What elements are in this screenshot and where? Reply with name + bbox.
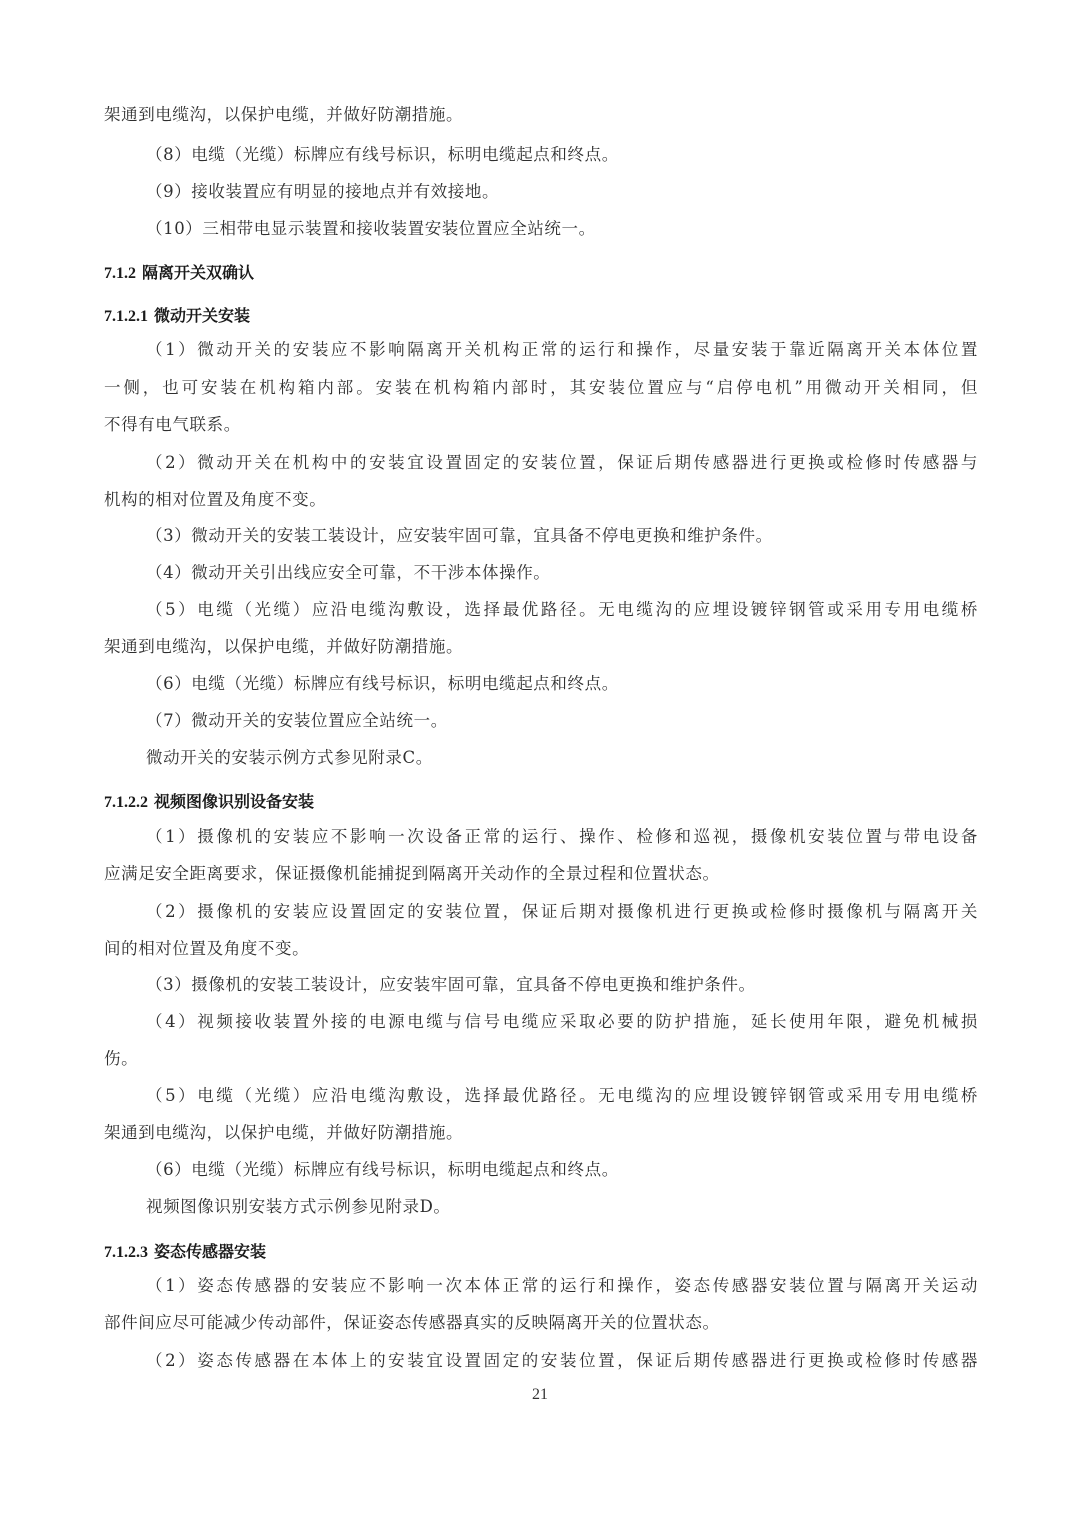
paragraph-line: （2）微动开关在机构中的安装宜设置固定的安装位置，保证后期传感器进行更换或检修时… — [146, 452, 978, 474]
appendix-reference: 视频图像识别安装方式示例参见附录D。 — [146, 1196, 451, 1218]
paragraph-line: 架通到电缆沟，以保护电缆，并做好防潮措施。 — [104, 1122, 463, 1144]
list-item-10: （10）三相带电显示装置和接收装置安装位置应全站统一。 — [146, 218, 596, 240]
section-heading-7-1-2-1: 7.1.2.1微动开关安装 — [104, 305, 250, 328]
paragraph-line: （1）摄像机的安装应不影响一次设备正常的运行、操作、检修和巡视，摄像机安装位置与… — [146, 826, 978, 848]
paragraph-line: 不得有电气联系。 — [104, 414, 241, 436]
section-title: 微动开关安装 — [154, 306, 250, 325]
section-number: 7.1.2.3 — [104, 1244, 148, 1261]
paragraph-line: 应满足安全距离要求，保证摄像机能捕捉到隔离开关动作的全景过程和位置状态。 — [104, 863, 720, 885]
list-item-9: （9）接收装置应有明显的接地点并有效接地。 — [146, 181, 499, 203]
paragraph-line: （6）电缆（光缆）标牌应有线号标识，标明电缆起点和终点。 — [146, 1159, 619, 1181]
section-heading-7-1-2-2: 7.1.2.2视频图像识别设备安装 — [104, 791, 314, 814]
section-heading-7-1-2: 7.1.2隔离开关双确认 — [104, 262, 254, 285]
paragraph-line: （2）姿态传感器在本体上的安装宜设置固定的安装位置，保证后期传感器进行更换或检修… — [146, 1350, 978, 1372]
appendix-reference: 微动开关的安装示例方式参见附录C。 — [146, 747, 433, 769]
list-item-8: （8）电缆（光缆）标牌应有线号标识，标明电缆起点和终点。 — [146, 144, 619, 166]
paragraph-line: 部件间应尽可能减少传动部件，保证姿态传感器真实的反映隔离开关的位置状态。 — [104, 1312, 720, 1334]
paragraph-line: （3）摄像机的安装工装设计，应安装牢固可靠，宜具备不停电更换和维护条件。 — [146, 974, 756, 996]
paragraph-line: （1）姿态传感器的安装应不影响一次本体正常的运行和操作，姿态传感器安装位置与隔离… — [146, 1275, 978, 1297]
paragraph-line: （4）视频接收装置外接的电源电缆与信号电缆应采取必要的防护措施，延长使用年限，避… — [146, 1011, 978, 1033]
paragraph-line: 间的相对位置及角度不变。 — [104, 938, 309, 960]
section-title: 视频图像识别设备安装 — [154, 792, 314, 811]
section-number: 7.1.2 — [104, 265, 136, 282]
paragraph-line: （3）微动开关的安装工装设计，应安装牢固可靠，宜具备不停电更换和维护条件。 — [146, 525, 773, 547]
paragraph-line: （2）摄像机的安装应设置固定的安装位置，保证后期对摄像机进行更换或检修时摄像机与… — [146, 901, 978, 923]
paragraph-line: （4）微动开关引出线应安全可靠，不干涉本体操作。 — [146, 562, 550, 584]
page-number: 21 — [0, 1386, 1080, 1404]
paragraph-line: 一侧，也可安装在机构箱内部。安装在机构箱内部时，其安装位置应与“启停电机”用微动… — [104, 377, 978, 399]
paragraph-line: （7）微动开关的安装位置应全站统一。 — [146, 710, 448, 732]
section-title: 姿态传感器安装 — [154, 1242, 266, 1261]
paragraph-line: （5）电缆（光缆）应沿电缆沟敷设，选择最优路径。无电缆沟的应埋设镀锌钢管或采用专… — [146, 599, 978, 621]
document-page: 架通到电缆沟，以保护电缆，并做好防潮措施。 （8）电缆（光缆）标牌应有线号标识，… — [0, 0, 1080, 1527]
paragraph-line: 机构的相对位置及角度不变。 — [104, 489, 326, 511]
paragraph-line: （1）微动开关的安装应不影响隔离开关机构正常的运行和操作，尽量安装于靠近隔离开关… — [146, 339, 978, 361]
paragraph-line: 架通到电缆沟，以保护电缆，并做好防潮措施。 — [104, 104, 463, 126]
paragraph-line: 伤。 — [104, 1048, 138, 1070]
section-number: 7.1.2.1 — [104, 308, 148, 325]
paragraph-line: （5）电缆（光缆）应沿电缆沟敷设，选择最优路径。无电缆沟的应埋设镀锌钢管或采用专… — [146, 1085, 978, 1107]
paragraph-line: （6）电缆（光缆）标牌应有线号标识，标明电缆起点和终点。 — [146, 673, 619, 695]
section-heading-7-1-2-3: 7.1.2.3姿态传感器安装 — [104, 1241, 266, 1264]
paragraph-line: 架通到电缆沟，以保护电缆，并做好防潮措施。 — [104, 636, 463, 658]
section-title: 隔离开关双确认 — [142, 263, 254, 282]
section-number: 7.1.2.2 — [104, 794, 148, 811]
